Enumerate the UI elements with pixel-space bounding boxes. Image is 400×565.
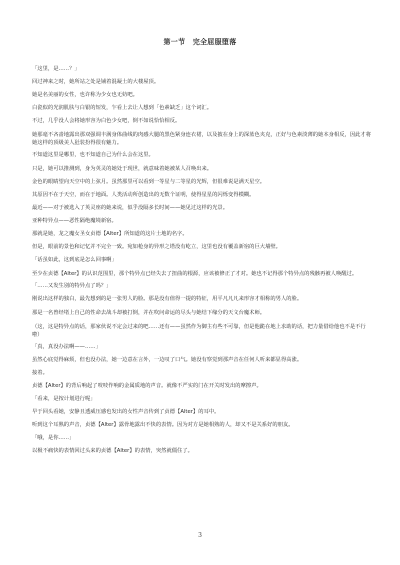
paragraph-dialogue: 「话虽如此，这到底是怎么回事啊」 <box>32 257 372 263</box>
paragraph-dialogue: 「……又发生别的特异点了吗？」 <box>32 283 372 289</box>
paragraph: 其原因不在于天空，而在于地面。人类活动所创造出的无数个证明，使得星星的闪烁变得模… <box>32 192 372 198</box>
document-page: 第一节 完全屈服堕落 「这里，是……？」 回过神来之时，她所站之处是铺着混凝土的… <box>0 0 400 565</box>
paragraph: 虽然心底觉得麻烦，但也没办法，她一边意在言外，一边叹了口气。她没有察觉到那声音在… <box>32 357 372 363</box>
paragraph: 回过神来之时，她所站之处是铺着混凝土的大楼屋顶。 <box>32 79 372 85</box>
paragraph: 刚说出这样的独白，最先想到的是一张男人的脸。那是没有值得一提的特征，用平凡凡凡来… <box>32 296 372 302</box>
paragraph: 不知道这里是哪里，也不知道自己为什么会在这里。 <box>32 152 372 158</box>
page-number: 3 <box>0 532 400 539</box>
paragraph-dialogue: 「哦，是你……」 <box>32 435 372 441</box>
paragraph-thought: （这，这是特异点的话，那家伙说不定会过来的吧……还有——虽然作为御主有些不可靠，… <box>32 323 372 339</box>
document-body: 「这里，是……？」 回过神来之时，她所站之处是铺着混凝土的大楼屋顶。 她是名美丽… <box>32 66 372 461</box>
paragraph: 金色的眼睛望向天空中的上弦月。虽然那里可以看到一等星与二等星的光辉，但很难说是满… <box>32 179 372 185</box>
paragraph-dialogue: 「看来，是按计划进行呢」 <box>32 396 372 402</box>
paragraph: 但是，眼前的景色和记忆并不完全一致。宛如枪身的异形之塔没有屹立，这里也没有覆盖新… <box>32 244 372 250</box>
paragraph: 至少在贞德【Alter】的认识范围里，那个特异点已经失去了扭曲的根源，应该被修正… <box>32 270 372 278</box>
paragraph: 以极不痛快的表情回过头来的贞德【Alter】的表情，突然就僵住了。 <box>32 448 372 454</box>
paragraph: 那就是她，龙之魔女圣女贞德【Alter】所知道的这片土地的名字。 <box>32 231 372 237</box>
paragraph: 只是，她可以推测到，身为英灵的她处于现世，就意味着她被某人召唤出来。 <box>32 166 372 172</box>
paragraph: 贞德【Alter】的背后响起了吱吱作响的金属质地的声音。就像不严实的门在开关时发… <box>32 383 372 389</box>
paragraph-dialogue: 「真，真没办法啊——……」 <box>32 344 372 350</box>
chapter-title: 第一节 完全屈服堕落 <box>0 37 400 47</box>
paragraph: 听到这个耳熟的声音，贞德【Alter】露骨地露出不快的表情。因为对方是她相熟的人… <box>32 422 372 428</box>
paragraph: 那是一名曾经堵上自己的性命去战斗却被打倒，并在吹问命运的尽头与她结下缘分的天文台… <box>32 310 372 316</box>
paragraph: 早于回头看她，安静且透威压感也发出的女性声音传到了贞德【Alter】的耳中。 <box>32 409 372 415</box>
paragraph: 最近——对于被选入了英灵座的她来说，似乎没隔多长时间——她见过这样的光景。 <box>32 205 372 211</box>
paragraph: 亚种特异点——恶性隔绝魔境新宿。 <box>32 218 372 224</box>
paragraph-dialogue: 「这里，是……？」 <box>32 66 372 72</box>
paragraph: 不过，几乎没人会将她形容为白色少女吧，倒不如说恰恰相反。 <box>32 118 372 124</box>
paragraph: 白瓷似的光润肌肤与白银的短发，乍看上去让人想到「色素缺乏」这个词汇。 <box>32 105 372 111</box>
paragraph: 她是名美丽的女性，也许称为少女也无妨吧。 <box>32 92 372 98</box>
paragraph: 接着。 <box>32 370 372 376</box>
paragraph: 她那毫不吝啬地露出那双强调丰满身体曲线的肉感大腿的黑色紧身连衣裙，以及披在身上的… <box>32 131 372 147</box>
